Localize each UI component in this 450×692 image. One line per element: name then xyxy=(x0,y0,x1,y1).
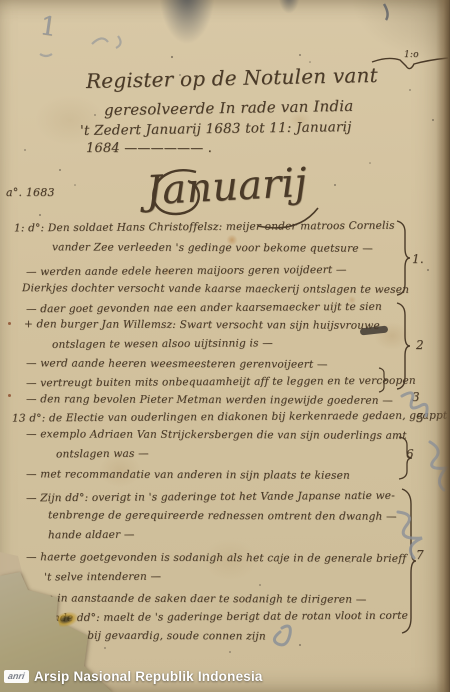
manuscript-line: — met recommandatie van anderen in sijn … xyxy=(26,468,350,481)
manuscript-line: — werden aande edele heeren maijoors ger… xyxy=(26,264,347,278)
margin-number-3: 3 xyxy=(412,390,420,404)
anri-logo-text: anri xyxy=(7,670,25,683)
manuscript-line: Dierkjes dochter versocht vande kaarse m… xyxy=(22,282,409,296)
anri-logo: anri xyxy=(4,670,29,683)
manuscript-line: ontslagen was — xyxy=(56,448,149,461)
archive-watermark: anri Arsip Nasional Republik Indonesia xyxy=(4,667,263,685)
manuscript-line: — den rang bevolen Pieter Metman werden … xyxy=(26,393,393,407)
manuscript-photo: 1 Register op de Notulen vant geresolvee… xyxy=(0,0,450,692)
manuscript-line: tenbrenge de gerequireerde rednessen omt… xyxy=(48,509,397,523)
margin-number-7: 7 xyxy=(416,548,424,562)
manuscript-line: — exemplo Adriaen Van Strijckersbergen d… xyxy=(26,428,407,442)
manuscript-line: — Zijn dd°: overigt in 's gaderinge tot … xyxy=(26,490,395,505)
manuscript-line: vander Zee verleeden 's gedinge voor bek… xyxy=(52,241,373,254)
margin-number-1: 1. xyxy=(412,252,424,266)
margin-dot xyxy=(8,322,11,325)
top-right-mark: 1:o xyxy=(404,50,419,60)
manuscript-line: — haerte goetgevonden is sodanigh als he… xyxy=(26,551,406,565)
margin-number-6: 6 xyxy=(406,447,414,461)
margin-year: a°. 1683 xyxy=(6,186,55,199)
page-edge-shadow xyxy=(436,0,450,692)
archive-watermark-label: Arsip Nasional Republik Indonesia xyxy=(34,669,263,684)
title-line-4: 1684 —————— . xyxy=(86,141,212,156)
manuscript-line: ontslagen te wesen alsoo uijtsinnig is — xyxy=(52,337,273,351)
margin-number-5: 5 xyxy=(416,411,424,425)
month-heading: Januarij xyxy=(145,160,308,214)
manuscript-line: — werd aande heeren weesmeesteren gerenv… xyxy=(26,357,328,370)
manuscript-line: — daer goet gevonden nae een ander kaars… xyxy=(26,301,382,315)
margin-number-2: 2 xyxy=(416,338,424,352)
margin-dot xyxy=(8,394,11,397)
manuscript-line: + den burger Jan Willemsz: Swart versoch… xyxy=(24,318,380,332)
manuscript-line: hande aldaer — xyxy=(48,529,135,542)
